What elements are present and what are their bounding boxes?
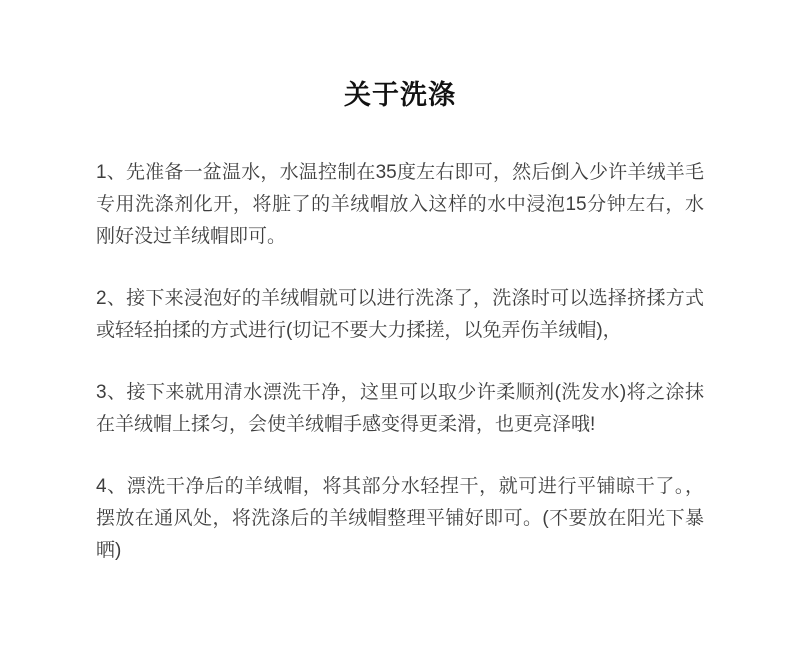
instruction-step-4: 4、漂洗干净后的羊绒帽，将其部分水轻捏干，就可进行平铺晾干了。，摆放在通风处，将… <box>96 471 704 567</box>
page-title: 关于洗涤 <box>0 80 800 111</box>
instruction-step-3: 3、接下来就用清水漂洗干净，这里可以取少许柔顺剂(洗发水)将之涂抹在羊绒帽上揉匀… <box>96 377 704 441</box>
washing-instructions-page: 关于洗涤 1、先准备一盆温水，水温控制在35度左右即可，然后倒入少许羊绒羊毛专用… <box>0 0 800 649</box>
instruction-step-2: 2、接下来浸泡好的羊绒帽就可以进行洗涤了，洗涤时可以选择挤揉方式或轻轻拍揉的方式… <box>96 283 704 347</box>
instruction-step-1: 1、先准备一盆温水，水温控制在35度左右即可，然后倒入少许羊绒羊毛专用洗涤剂化开… <box>96 157 704 253</box>
instructions-content: 1、先准备一盆温水，水温控制在35度左右即可，然后倒入少许羊绒羊毛专用洗涤剂化开… <box>96 157 704 567</box>
